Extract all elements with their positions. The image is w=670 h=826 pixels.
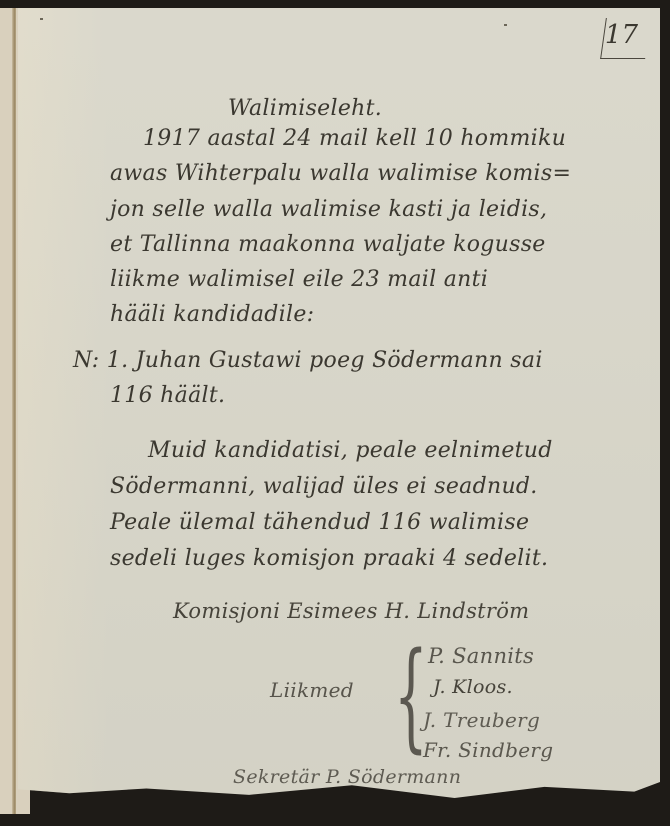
document-title: Walimiseleht. [228, 96, 382, 121]
scanned-document: 17 Walimiseleht. 1917 aastal 24 mail kel… [0, 0, 670, 826]
closing-line: Peale ülemal tähendud 116 walimise [110, 510, 529, 535]
body-line: jon selle walla walimise kasti ja leidis… [110, 197, 547, 222]
member-signature: J. Kloos. [433, 676, 513, 698]
page-number: 17 [605, 20, 638, 50]
body-line: 1917 aastal 24 mail kell 10 hommiku [143, 126, 566, 151]
body-line: liikme walimisel eile 23 mail anti [110, 267, 488, 292]
secretary-signature: Sekretär P. Södermann [233, 766, 461, 788]
document-page: 17 Walimiseleht. 1917 aastal 24 mail kel… [18, 8, 660, 806]
closing-line: Södermanni, walijad üles ei seadnud. [110, 474, 538, 499]
closing-line: sedeli luges komisjon praaki 4 sedelit. [110, 546, 548, 571]
closing-line: Muid kandidatisi, peale eelnimetud [148, 438, 553, 463]
ink-speck [40, 18, 43, 20]
body-line: et Tallinna maakonna waljate kogusse [110, 232, 546, 257]
ink-speck [504, 24, 507, 26]
member-signature: J. Treuberg [423, 708, 540, 732]
candidate-votes: 116 häält. [110, 383, 225, 408]
members-label: Liikmed [270, 678, 354, 702]
binding-edge [12, 8, 16, 814]
curly-brace: { [394, 636, 428, 754]
chairman-signature: Komisjoni Esimees H. Lindström [173, 599, 529, 623]
candidate-line: N: 1. Juhan Gustawi poeg Södermann sai [73, 348, 543, 373]
body-line: hääli kandidadile: [110, 302, 314, 327]
member-signature: P. Sannits [428, 644, 534, 668]
body-line: awas Wihterpalu walla walimise komis= [110, 161, 571, 186]
member-signature: Fr. Sindberg [423, 738, 553, 762]
